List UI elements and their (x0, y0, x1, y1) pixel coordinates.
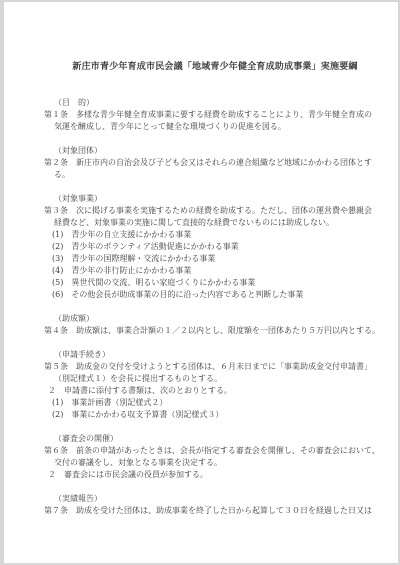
doc-line-heading: （実績報告） (54, 493, 386, 505)
doc-line-heading: （対象団体） (54, 145, 386, 157)
doc-line-cont: 交付の審議をし、対象となる事業を決定する。 (54, 457, 386, 469)
doc-line-cont: る。 (54, 169, 386, 181)
section-gap (44, 337, 386, 349)
doc-line-article: 第３条 次に掲げる事業を実施するための経費を助成する。ただし、団体の運営費や懇親… (44, 205, 386, 217)
document-page: 新庄市青少年育成市民会議「地域青少年健全育成助成事業」実施要綱 （目 的）第１条… (4, 2, 398, 563)
doc-line-item: (6) その他会長が助成事業の目的に沿った内容であると判断した事業 (52, 289, 386, 301)
doc-line-sub: ２ 申請書に添付する書類は、次のとおりとする。 (48, 385, 386, 397)
doc-line-heading: （申請手続き） (54, 349, 386, 361)
doc-line-item: (2) 青少年のボランティア活動促進にかかわる事業 (52, 241, 386, 253)
document-body: （目 的）第１条 多様な青少年健全育成事業に要する経費を助成することにより、青少… (44, 97, 386, 517)
doc-line-heading: （目 的） (54, 97, 386, 109)
section-gap (44, 481, 386, 493)
doc-line-item: (1) 事業計画書（別記様式２） (52, 397, 386, 409)
doc-line-article: 第２条 新庄市内の自治会及び子ども会又はそれらの連合組織など地域にかかわる団体と… (44, 157, 386, 169)
doc-line-sub: ２ 審査会には市民会議の役員が参加する。 (48, 469, 386, 481)
section-gap (44, 421, 386, 433)
doc-line-item: (2) 事業にかかわる収支予算書（別記様式３） (52, 409, 386, 421)
section-gap (44, 181, 386, 193)
doc-line-article: 第５条 助成金の交付を受けようとする団体は、６月末日までに「事業助成金交付申請書… (44, 361, 386, 373)
doc-line-article: 第６条 前条の申請があったときは、会長が指定する審査会を開催し、その審査会におい… (44, 445, 386, 457)
doc-line-cont: 気運を醸成し、青少年にとって健全な環境づくりの促進を図る。 (54, 121, 386, 133)
doc-line-heading: （助成額） (54, 313, 386, 325)
document-title: 新庄市青少年育成市民会議「地域青少年健全育成助成事業」実施要綱 (44, 61, 386, 73)
doc-line-cont: 経費など、対象事業の実施に関して直接的な経費でないものには助成しない。 (54, 217, 386, 229)
doc-line-article: 第７条 助成を受けた団体は、助成事業を終了した日から起算して３０日を経過した日又… (44, 505, 386, 517)
doc-line-heading: （審査会の開催） (54, 433, 386, 445)
doc-line-heading: （対象事業） (54, 193, 386, 205)
doc-line-item: (5) 異世代間の交流、明るい家庭づくりにかかわる事業 (52, 277, 386, 289)
doc-line-article: 第４条 助成額は、事業合計額の１／２以内とし、限度額を一団体あたり５万円以内とす… (44, 325, 386, 337)
doc-line-item: (4) 青少年の非行防止にかかわる事業 (52, 265, 386, 277)
doc-line-cont: （別記様式１）を会長に提出するものとする。 (54, 373, 386, 385)
doc-line-item: (1) 青少年の自立支援にかかわる事業 (52, 229, 386, 241)
section-gap (44, 301, 386, 313)
doc-line-article: 第１条 多様な青少年健全育成事業に要する経費を助成することにより、青少年健全育成… (44, 109, 386, 121)
doc-line-item: (3) 青少年の国際理解・交流にかかわる事業 (52, 253, 386, 265)
section-gap (44, 133, 386, 145)
